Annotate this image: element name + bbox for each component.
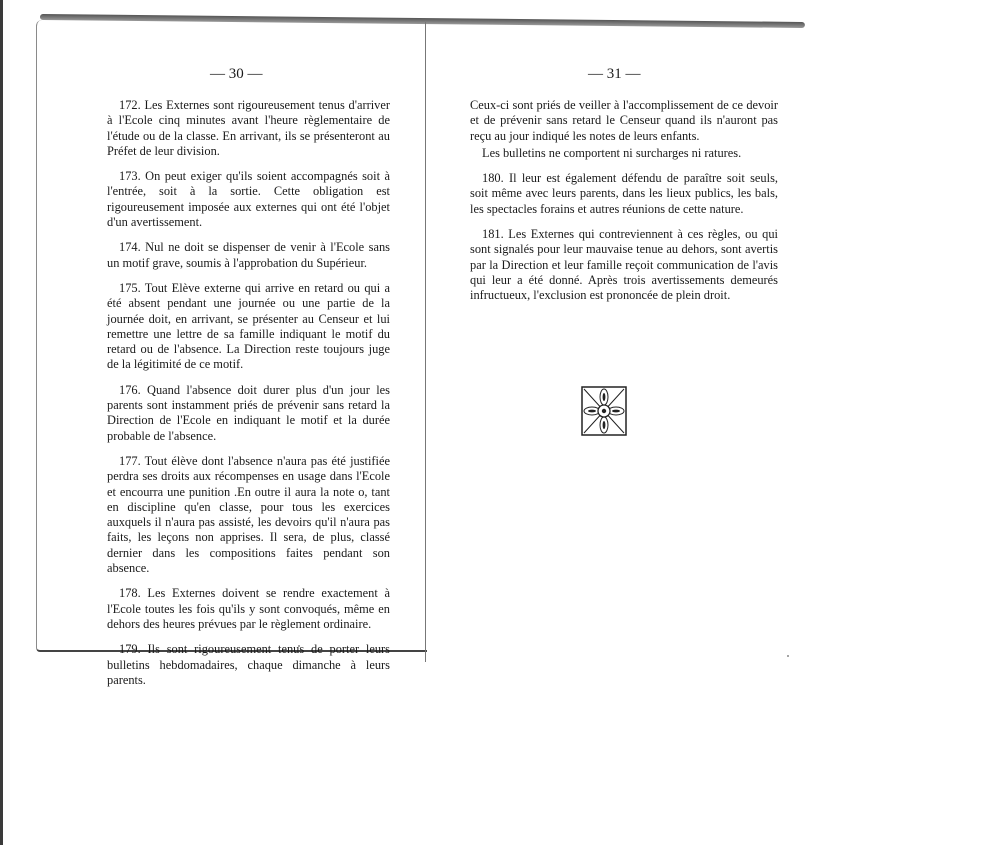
article-178: 178. Les Externes doivent se rendre exac… [107, 586, 390, 632]
floral-fleuron-icon [581, 386, 627, 436]
page-number-30: — 30 — [210, 66, 263, 83]
right-page-text: Ceux-ci sont priés de veiller à l'accomp… [470, 98, 778, 314]
scan-edge [0, 0, 3, 845]
article-176: 176. Quand l'absence doit durer plus d'u… [107, 383, 390, 444]
article-179: 179. Ils sont rigoureusement tenus de po… [107, 642, 390, 688]
article-172: 172. Les Externes sont rigoureusement te… [107, 98, 390, 159]
page-number-31: — 31 — [588, 66, 641, 83]
scan-speck [298, 645, 300, 647]
article-173: 173. On peut exiger qu'ils soient accomp… [107, 169, 390, 230]
scan-speck [787, 655, 789, 657]
article-175: 175. Tout Elève externe qui arrive en re… [107, 281, 390, 373]
article-174: 174. Nul ne doit se dispenser de venir à… [107, 240, 390, 271]
article-181: 181. Les Externes qui contreviennent à c… [470, 227, 778, 303]
article-179-continuation: Ceux-ci sont priés de veiller à l'accomp… [470, 98, 778, 144]
left-page-text: 172. Les Externes sont rigoureusement te… [107, 98, 390, 698]
article-177: 177. Tout élève dont l'absence n'aura pa… [107, 454, 390, 576]
bulletin-note: Les bulletins ne comportent ni surcharge… [470, 146, 778, 161]
article-180: 180. Il leur est également défendu de pa… [470, 171, 778, 217]
